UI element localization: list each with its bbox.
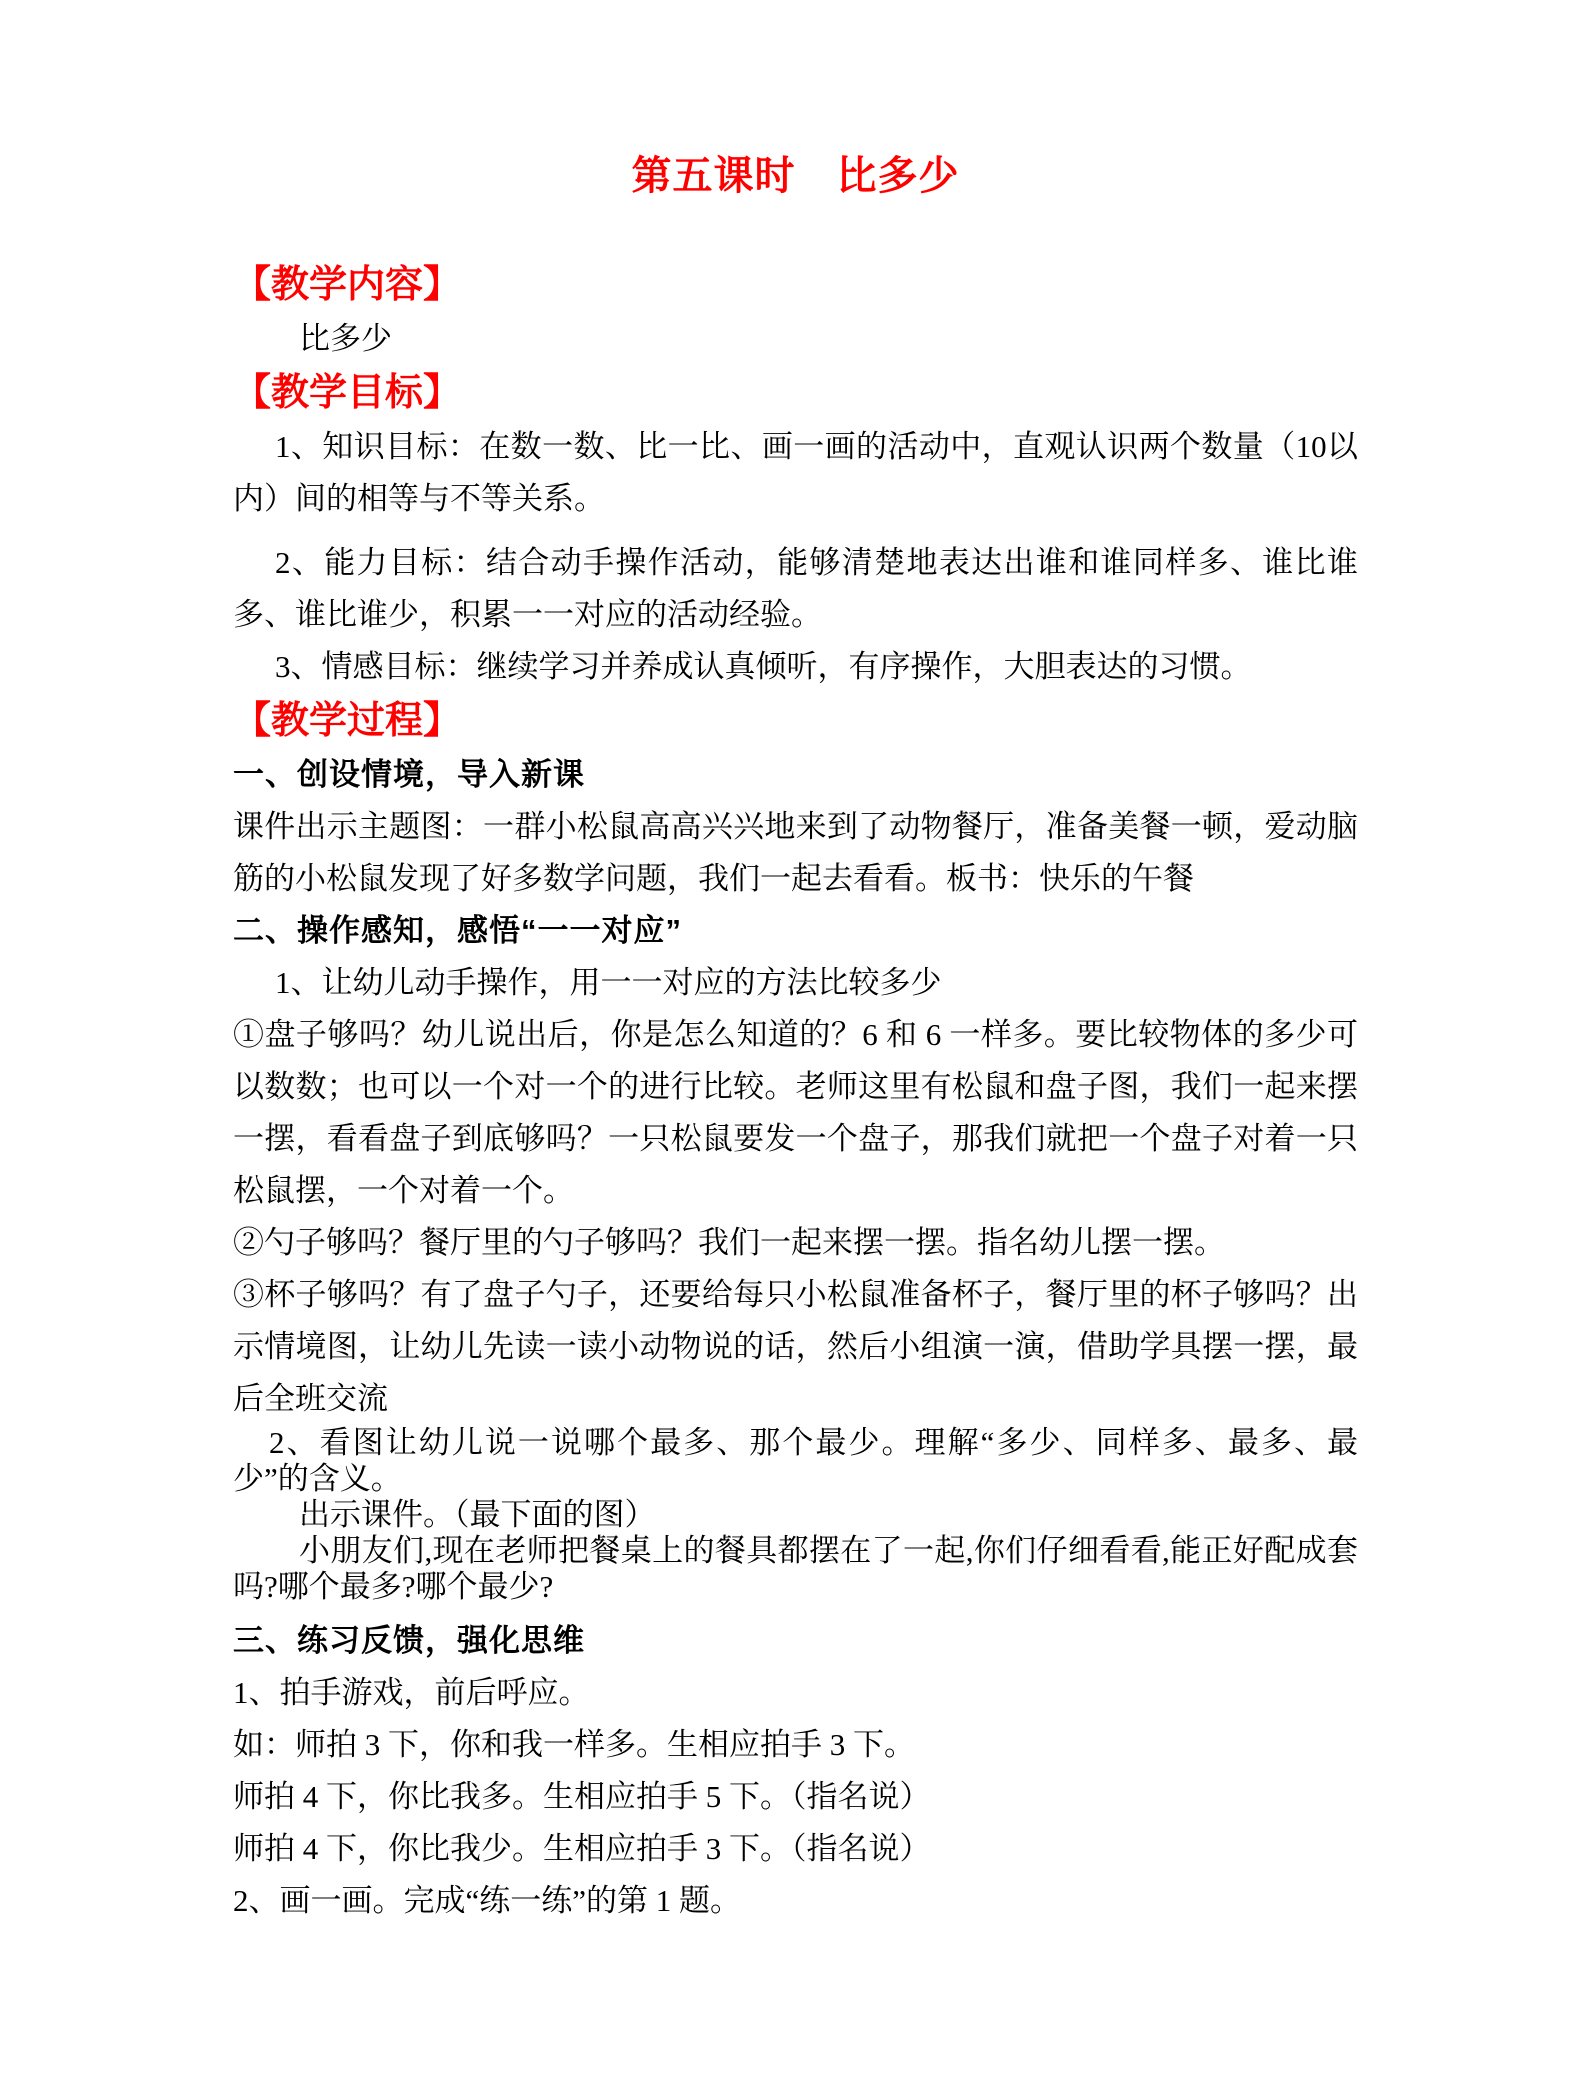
- paragraph-point-cups: ③杯子够吗？有了盘子勺子，还要给每只小松鼠准备杯子，餐厅里的杯子够吗？出示情境图…: [233, 1269, 1358, 1425]
- paragraph-practice-clap-game: 1、拍手游戏，前后呼应。: [233, 1667, 1358, 1719]
- page-title: 第五课时 比多少: [233, 148, 1358, 205]
- paragraph-practice-example-equal: 如：师拍 3 下，你和我一样多。生相应拍手 3 下。: [233, 1719, 1358, 1771]
- section-heading-teaching-goals: 【教学目标】: [233, 365, 1358, 421]
- subsection-title-operation: 二、操作感知，感悟“一一对应”: [233, 905, 1358, 957]
- paragraph-operation-item2: 2、看图让幼儿说一说哪个最多、那个最少。理解“多少、同样多、最多、最少”的含义。: [233, 1425, 1358, 1497]
- paragraph-practice-example-more: 师拍 4 下，你比我多。生相应拍手 5 下。（指名说）: [233, 1771, 1358, 1823]
- section-heading-teaching-content: 【教学内容】: [233, 257, 1358, 313]
- subsection-title-practice: 三、练习反馈，强化思维: [233, 1615, 1358, 1667]
- paragraph-goal-knowledge: 1、知识目标：在数一数、比一比、画一画的活动中，直观认识两个数量（10以内）间的…: [233, 421, 1358, 525]
- paragraph-goal-emotion: 3、情感目标：继续学习并养成认真倾听，有序操作，大胆表达的习惯。: [233, 641, 1358, 693]
- section-heading-teaching-process: 【教学过程】: [233, 693, 1358, 749]
- paragraph-show-courseware: 出示课件。（最下面的图）: [233, 1497, 1358, 1533]
- paragraph-point-spoons: ②勺子够吗？餐厅里的勺子够吗？我们一起来摆一摆。指名幼儿摆一摆。: [233, 1217, 1358, 1269]
- paragraph-point-plates: ①盘子够吗？幼儿说出后，你是怎么知道的？6 和 6 一样多。要比较物体的多少可以…: [233, 1009, 1358, 1217]
- document-page: 第五课时 比多少 【教学内容】 比多少 【教学目标】 1、知识目标：在数一数、比…: [0, 0, 1587, 1927]
- paragraph-operation-item1: 1、让幼儿动手操作，用一一对应的方法比较多少: [233, 957, 1358, 1009]
- paragraph-practice-draw: 2、画一画。完成“练一练”的第 1 题。: [233, 1875, 1358, 1927]
- paragraph-goal-ability: 2、能力目标：结合动手操作活动，能够清楚地表达出谁和谁同样多、谁比谁多、谁比谁少…: [233, 537, 1358, 641]
- paragraph-situation-intro: 课件出示主题图：一群小松鼠高高兴兴地来到了动物餐厅，准备美餐一顿，爱动脑筋的小松…: [233, 801, 1358, 905]
- paragraph-kids-prompt: 小朋友们,现在老师把餐桌上的餐具都摆在了一起,你们仔细看看,能正好配成套吗?哪个…: [233, 1533, 1358, 1605]
- subsection-title-situation: 一、创设情境，导入新课: [233, 749, 1358, 801]
- paragraph-teaching-content: 比多少: [233, 313, 1358, 365]
- paragraph-practice-example-less: 师拍 4 下，你比我少。生相应拍手 3 下。（指名说）: [233, 1823, 1358, 1875]
